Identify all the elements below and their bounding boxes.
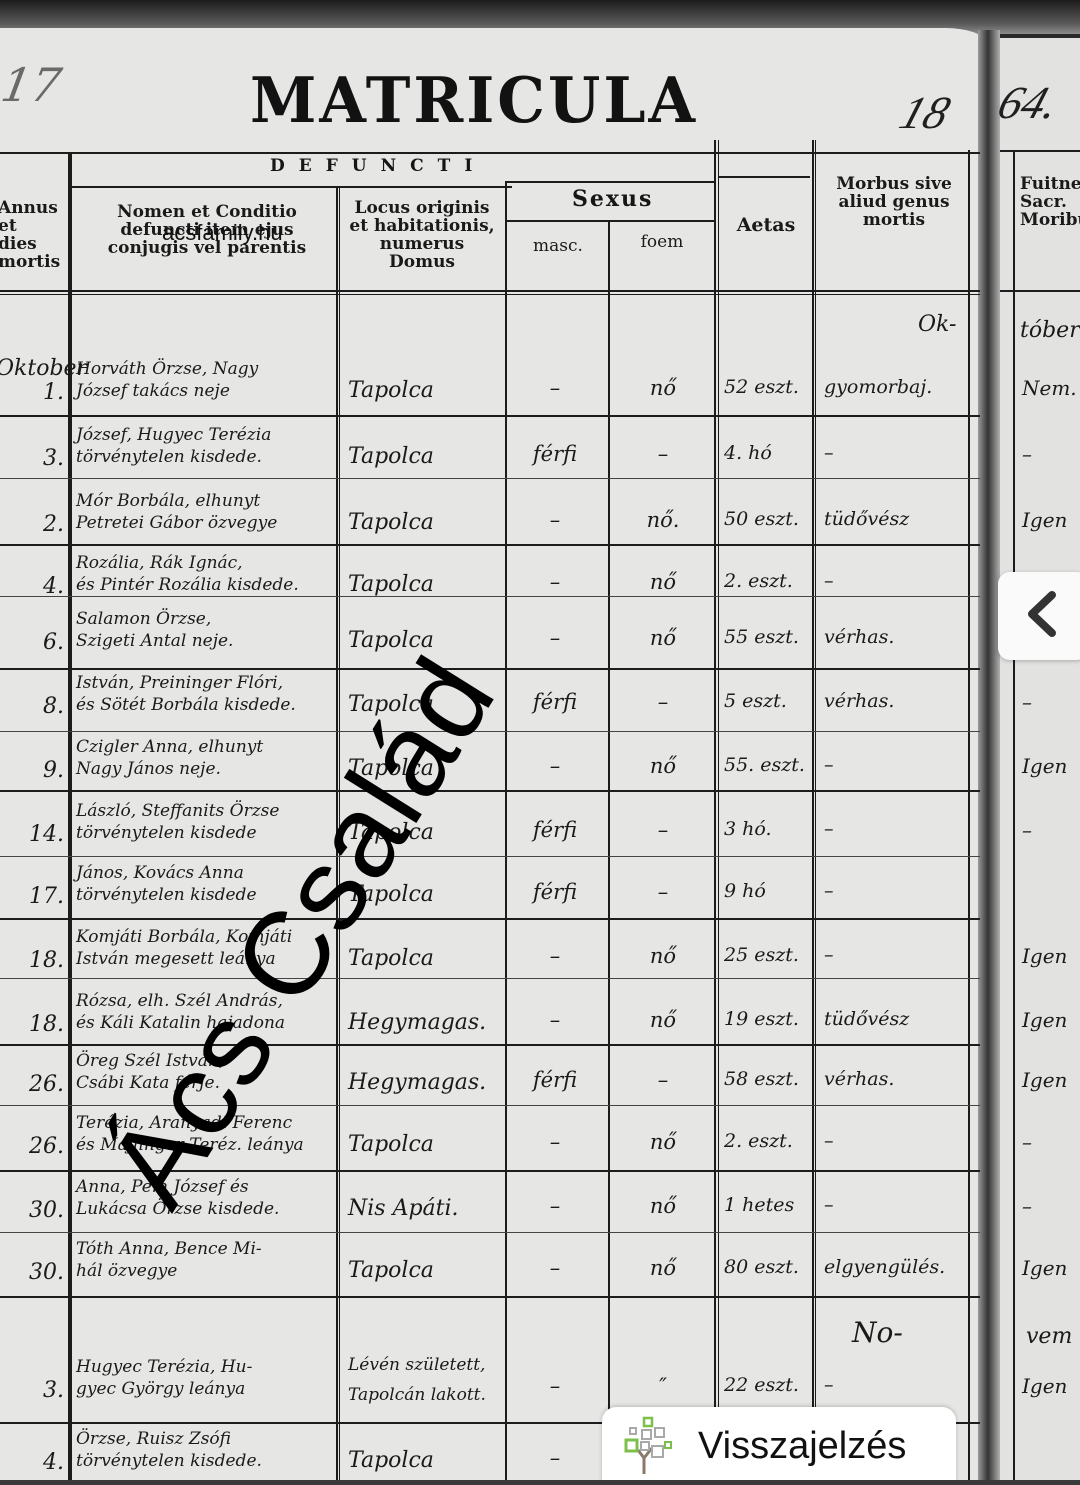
- row-sex-foem: –: [620, 880, 706, 904]
- row-day: 30.: [2, 1260, 64, 1285]
- row-day: 18.: [2, 1012, 64, 1037]
- row-rule: [0, 918, 980, 920]
- row-name-line1: Salamon Örzse,: [76, 608, 211, 630]
- row-age: 55. eszt.: [724, 754, 805, 776]
- row-age: 19 eszt.: [724, 1008, 799, 1030]
- row-name-line1: László, Steffanits Örzse: [76, 800, 279, 822]
- row-place: Hegymagas.: [348, 1010, 486, 1035]
- row-name-line1: Rozália, Rák Ignác,: [76, 552, 243, 574]
- header-aetas: Aetas: [722, 216, 810, 236]
- row-sex-foem: nő: [620, 944, 706, 968]
- row-sex-foem: nő.: [620, 508, 706, 532]
- col-rule-foem: [714, 140, 716, 1485]
- row-rule: [0, 478, 980, 479]
- aetas-sub-rule: [718, 176, 810, 178]
- month-label: Oktober: [0, 356, 87, 381]
- row-sex-masc: férfi: [512, 442, 598, 466]
- row-sex-masc: –: [512, 1008, 598, 1032]
- row-cause: vérhas.: [824, 690, 894, 712]
- row-sex-masc: –: [512, 754, 598, 778]
- row-sex-masc: –: [512, 944, 598, 968]
- row-day: 4.: [2, 574, 64, 599]
- row-sacraments: Igen: [1022, 508, 1067, 532]
- page-title: MATRICULA: [250, 64, 698, 138]
- header-sacramenta: Fuitne Sacr. Moribu: [1020, 176, 1080, 230]
- row-sex-foem: –: [620, 818, 706, 842]
- row-sex-foem: –: [620, 690, 706, 714]
- row-sex-foem: nő: [620, 1256, 706, 1280]
- row-sacraments: –: [1022, 442, 1032, 466]
- row-name-line1: Czigler Anna, elhunyt: [76, 736, 263, 758]
- row-name-line2: Nagy János neje.: [76, 758, 221, 780]
- row-name-line1: Mór Borbála, elhunyt: [76, 490, 260, 512]
- feedback-button[interactable]: Visszajelzés: [602, 1407, 956, 1485]
- row-sacraments: Nem.: [1022, 376, 1077, 400]
- row-rule: [0, 1044, 980, 1046]
- row-sex-foem: ″: [620, 1374, 706, 1398]
- row-sacraments: –: [1022, 1130, 1032, 1154]
- row-sex-foem: nő: [620, 626, 706, 650]
- row-name-line1: János, Kovács Anna: [76, 862, 244, 884]
- row-cause: –: [824, 880, 834, 902]
- header-masc: masc.: [510, 238, 606, 256]
- row-rule: [0, 415, 980, 417]
- row-age: 25 eszt.: [724, 944, 799, 966]
- row-name-line2: gyec György leánya: [76, 1378, 245, 1400]
- row-name-line1: Hugyec Terézia, Hu-: [76, 1356, 252, 1378]
- header-sexus: Sexus: [572, 186, 653, 212]
- header-bottom-rule: [0, 290, 980, 292]
- col-rule-morbus: [968, 150, 970, 1485]
- row-sex-foem: nő: [620, 1130, 706, 1154]
- row-name-line1: Örzse, Ruisz Zsófi: [76, 1428, 231, 1450]
- row-sex-masc: –: [512, 1374, 598, 1398]
- row-name-line1: Horváth Örzse, Nagy: [76, 358, 258, 380]
- row-cause: –: [824, 818, 834, 840]
- row-day: 8.: [2, 694, 64, 719]
- row-place: Tapolca: [348, 1448, 434, 1473]
- folio-number: 17: [0, 58, 65, 112]
- row-sacraments: Igen: [1022, 754, 1067, 778]
- row-cause: tüdővész: [824, 1008, 909, 1030]
- row-name-line2: törvénytelen kisdede: [76, 822, 257, 844]
- month-label-november: No-: [852, 1316, 903, 1349]
- row-day: 14.: [2, 822, 64, 847]
- row-sacraments: Igen: [1022, 1256, 1067, 1280]
- row-age: 22 eszt.: [724, 1374, 799, 1396]
- row-sex-foem: –: [620, 442, 706, 466]
- row-place: Tapolca: [348, 510, 434, 535]
- month-label-cause-col: Ok-: [918, 312, 956, 337]
- row-cause: elgyengülés.: [824, 1256, 945, 1278]
- row-day: 30.: [2, 1198, 64, 1223]
- row-day: 3.: [2, 446, 64, 471]
- header-bottom-rule-2: [0, 294, 980, 295]
- row-cause: –: [824, 754, 834, 776]
- family-tree-icon: [622, 1414, 674, 1479]
- header-morbus: Morbus sive aliud genus mortis: [820, 176, 968, 230]
- row-sacraments: Igen: [1022, 1008, 1067, 1032]
- header-foem: foem: [612, 234, 712, 252]
- row-sex-foem: nő: [620, 1194, 706, 1218]
- row-day: 26.: [2, 1072, 64, 1097]
- row-place: Nis Apáti.: [348, 1196, 459, 1221]
- row-age: 1 hetes: [724, 1194, 794, 1216]
- row-age: 55 eszt.: [724, 626, 799, 648]
- book-gutter: [978, 30, 1000, 1485]
- row-age: 52 eszt.: [724, 376, 799, 398]
- table-top-rule: [0, 152, 980, 154]
- watermark-url: acsfamily.hu: [162, 220, 283, 246]
- row-rule: [0, 856, 980, 857]
- row-rule: [0, 596, 980, 597]
- row-sex-masc: férfi: [512, 1068, 598, 1092]
- row-day: 2.: [2, 512, 64, 537]
- row-sex-foem: –: [620, 1068, 706, 1092]
- row-name-line2: törvénytelen kisdede: [76, 884, 257, 906]
- row-name-line1: Tóth Anna, Bence Mi-: [76, 1238, 262, 1260]
- row-sex-foem: nő: [620, 754, 706, 778]
- row-age: 50 eszt.: [724, 508, 799, 530]
- row-cause: tüdővész: [824, 508, 909, 530]
- row-sex-masc: –: [512, 570, 598, 594]
- row-name-line1: István, Preininger Flóri,: [76, 672, 283, 694]
- row-sex-masc: –: [512, 1130, 598, 1154]
- right-page-header-rule: [1000, 290, 1080, 292]
- row-rule: [0, 544, 980, 546]
- side-panel-toggle-button[interactable]: [998, 572, 1080, 660]
- row-cause: –: [824, 570, 834, 592]
- row-sex-masc: –: [512, 1446, 598, 1470]
- row-day: 3.: [2, 1378, 64, 1403]
- row-name-line2: hál özvegye: [76, 1260, 177, 1282]
- header-locus: Locus originis et habitationis, numerus …: [344, 200, 500, 271]
- row-age: 2. eszt.: [724, 570, 793, 592]
- row-place: Tapolca: [348, 1258, 434, 1283]
- row-cause: –: [824, 1374, 834, 1396]
- row-sex-masc: –: [512, 376, 598, 400]
- row-place: Tapolca: [348, 1132, 434, 1157]
- row-cause: –: [824, 944, 834, 966]
- row-sacraments: Igen: [1022, 944, 1067, 968]
- row-age: 2. eszt.: [724, 1130, 793, 1152]
- bottom-edge: [0, 1480, 1080, 1485]
- row-sacraments: Igen: [1022, 1374, 1067, 1398]
- row-rule: [0, 978, 980, 979]
- row-day: 26.: [2, 1134, 64, 1159]
- row-place: Tapolca: [348, 572, 434, 597]
- row-sacraments: Igen: [1022, 1068, 1067, 1092]
- col-rule-locus: [505, 181, 507, 1485]
- row-sex-masc: férfi: [512, 880, 598, 904]
- row-place: Lévén született, Tapolcán lakott.: [348, 1350, 508, 1410]
- right-page-top-rule: [1000, 150, 1080, 152]
- row-sacraments: –: [1022, 690, 1032, 714]
- header-subrule: [72, 186, 512, 188]
- row-cause: vérhas.: [824, 626, 894, 648]
- month-label-sacr-col: tóber: [1020, 318, 1080, 343]
- row-sex-masc: –: [512, 626, 598, 650]
- row-rule: [0, 1232, 980, 1233]
- row-day: 17.: [2, 884, 64, 909]
- row-age: 4. hó: [724, 442, 772, 464]
- row-age: 80 eszt.: [724, 1256, 799, 1278]
- row-name-line2: és Pintér Rozália kisdede.: [76, 574, 299, 596]
- row-sex-masc: –: [512, 508, 598, 532]
- section-heading: DEFUNCTI: [270, 156, 486, 176]
- row-place: Hegymagas.: [348, 1070, 486, 1095]
- row-cause: –: [824, 1130, 834, 1152]
- sexus-top-rule: [506, 181, 716, 183]
- row-day: 9.: [2, 758, 64, 783]
- feedback-label: Visszajelzés: [698, 1425, 906, 1468]
- col-rule-foem-2: [718, 140, 719, 1485]
- row-day: 6.: [2, 630, 64, 655]
- row-sex-masc: férfi: [512, 690, 598, 714]
- sexus-sub-rule: [506, 220, 716, 222]
- row-name-line2: törvénytelen kisdede.: [76, 446, 262, 468]
- chevron-left-icon: [1024, 589, 1058, 644]
- row-sex-foem: nő: [620, 570, 706, 594]
- row-sex-foem: nő: [620, 376, 706, 400]
- month-label-november-sacr: vem: [1026, 1324, 1072, 1349]
- row-rule: [0, 668, 980, 670]
- row-rule: [0, 790, 980, 792]
- row-name-line2: és Sötét Borbála kisdede.: [76, 694, 296, 716]
- row-place: Tapolca: [348, 378, 434, 403]
- row-sacraments: –: [1022, 1194, 1032, 1218]
- row-sex-masc: férfi: [512, 818, 598, 842]
- row-name-line2: József takács neje: [76, 380, 230, 402]
- row-sex-masc: –: [512, 1256, 598, 1280]
- row-rule: [0, 1296, 980, 1298]
- row-name-line2: Szigeti Antal neje.: [76, 630, 233, 652]
- row-sacraments: –: [1022, 818, 1032, 842]
- row-sex-masc: –: [512, 1194, 598, 1218]
- header-annus: Annus et dies mortis: [0, 200, 60, 271]
- row-name-line2: Petretei Gábor özvegye: [76, 512, 277, 534]
- row-age: 58 eszt.: [724, 1068, 799, 1090]
- row-age: 9 hó: [724, 880, 766, 902]
- row-place: Tapolca: [348, 444, 434, 469]
- col-rule-right: [1013, 150, 1015, 1485]
- col-rule-annus: [68, 152, 72, 1485]
- row-cause: –: [824, 1194, 834, 1216]
- col-rule-aetas: [812, 140, 814, 1485]
- row-name-line1: József, Hugyec Terézia: [76, 424, 271, 446]
- row-cause: –: [824, 442, 834, 464]
- row-cause: gyomorbaj.: [824, 376, 932, 398]
- row-name-line2: törvénytelen kisdede.: [76, 1450, 262, 1472]
- col-rule-aetas-2: [815, 140, 816, 1485]
- row-day: 18.: [2, 948, 64, 973]
- row-age: 3 hó.: [724, 818, 772, 840]
- row-cause: vérhas.: [824, 1068, 894, 1090]
- row-day: 4.: [2, 1450, 64, 1475]
- row-sex-foem: nő: [620, 1008, 706, 1032]
- row-day: 1.: [2, 380, 64, 405]
- row-age: 5 eszt.: [724, 690, 787, 712]
